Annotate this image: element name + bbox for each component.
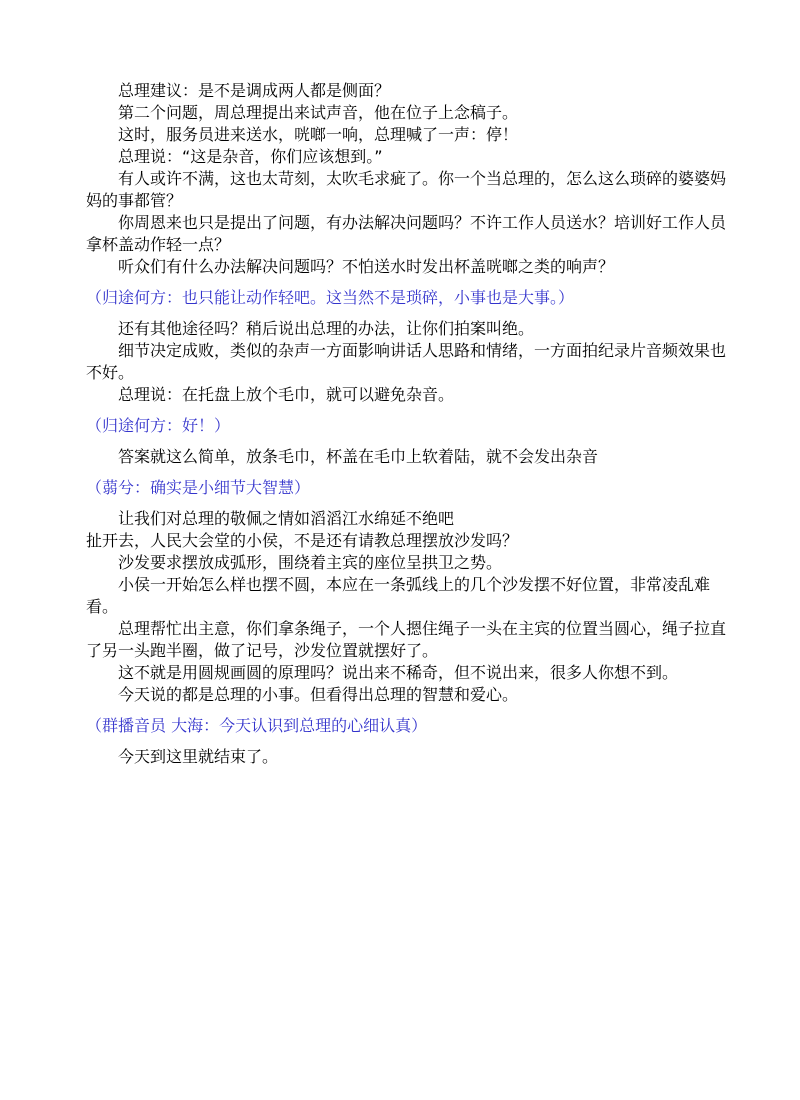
story-paragraph: 第二个问题，周总理提出来试声音，他在位子上念稿子。 — [86, 102, 738, 124]
story-paragraph: 细节决定成败，类似的杂声一方面影响讲话人思路和情绪，一方面拍纪录片音频效果也不好… — [86, 340, 738, 384]
story-paragraph: 答案就这么简单，放条毛巾，杯盖在毛巾上软着陆，就不会发出杂音 — [86, 446, 738, 468]
listener-comment: （蒻兮：确实是小细节大智慧） — [86, 477, 738, 499]
story-paragraph: 沙发要求摆放成弧形，围绕着主宾的座位呈拱卫之势。 — [86, 552, 738, 574]
story-paragraph: 还有其他途径吗？稍后说出总理的办法，让你们拍案叫绝。 — [86, 318, 738, 340]
story-paragraph: 有人或许不满，这也太苛刻，太吹毛求疵了。你一个当总理的，怎么这么琐碎的婆婆妈妈的… — [86, 168, 738, 212]
story-paragraph: 扯开去，人民大会堂的小侯，不是还有请教总理摆放沙发吗？ — [86, 530, 738, 552]
story-paragraph: 总理帮忙出主意，你们拿条绳子，一个人摁住绳子一头在主宾的位置当圆心，绳子拉直了另… — [86, 618, 738, 662]
story-paragraph: 听众们有什么办法解决问题吗？不怕送水时发出杯盖咣啷之类的响声？ — [86, 256, 738, 278]
story-paragraph: 总理说：在托盘上放个毛巾，就可以避免杂音。 — [86, 384, 738, 406]
document-content: 总理建议：是不是调成两人都是侧面？第二个问题，周总理提出来试声音，他在位子上念稿… — [86, 80, 738, 768]
story-paragraph: 这时，服务员进来送水，咣啷一响，总理喊了一声：停！ — [86, 124, 738, 146]
story-paragraph: 今天到这里就结束了。 — [86, 746, 738, 768]
story-paragraph: 让我们对总理的敬佩之情如滔滔江水绵延不绝吧 — [86, 508, 738, 530]
story-paragraph: 你周恩来也只是提出了问题，有办法解决问题吗？不许工作人员送水？培训好工作人员拿杯… — [86, 212, 738, 256]
story-paragraph: 这不就是用圆规画圆的原理吗？说出来不稀奇，但不说出来，很多人你想不到。 — [86, 662, 738, 684]
story-paragraph: 今天说的都是总理的小事。但看得出总理的智慧和爱心。 — [86, 684, 738, 706]
listener-comment: （归途何方：也只能让动作轻吧。这当然不是琐碎，小事也是大事。） — [86, 287, 738, 309]
listener-comment: （归途何方：好！） — [86, 415, 738, 437]
story-paragraph: 小侯一开始怎么样也摆不圆，本应在一条弧线上的几个沙发摆不好位置，非常凌乱难看。 — [86, 574, 738, 618]
listener-comment: （群播音员 大海：今天认识到总理的心细认真） — [86, 715, 738, 737]
document-page: 总理建议：是不是调成两人都是侧面？第二个问题，周总理提出来试声音，他在位子上念稿… — [0, 0, 800, 1100]
story-paragraph: 总理建议：是不是调成两人都是侧面？ — [86, 80, 738, 102]
story-paragraph: 总理说：“这是杂音，你们应该想到。” — [86, 146, 738, 168]
